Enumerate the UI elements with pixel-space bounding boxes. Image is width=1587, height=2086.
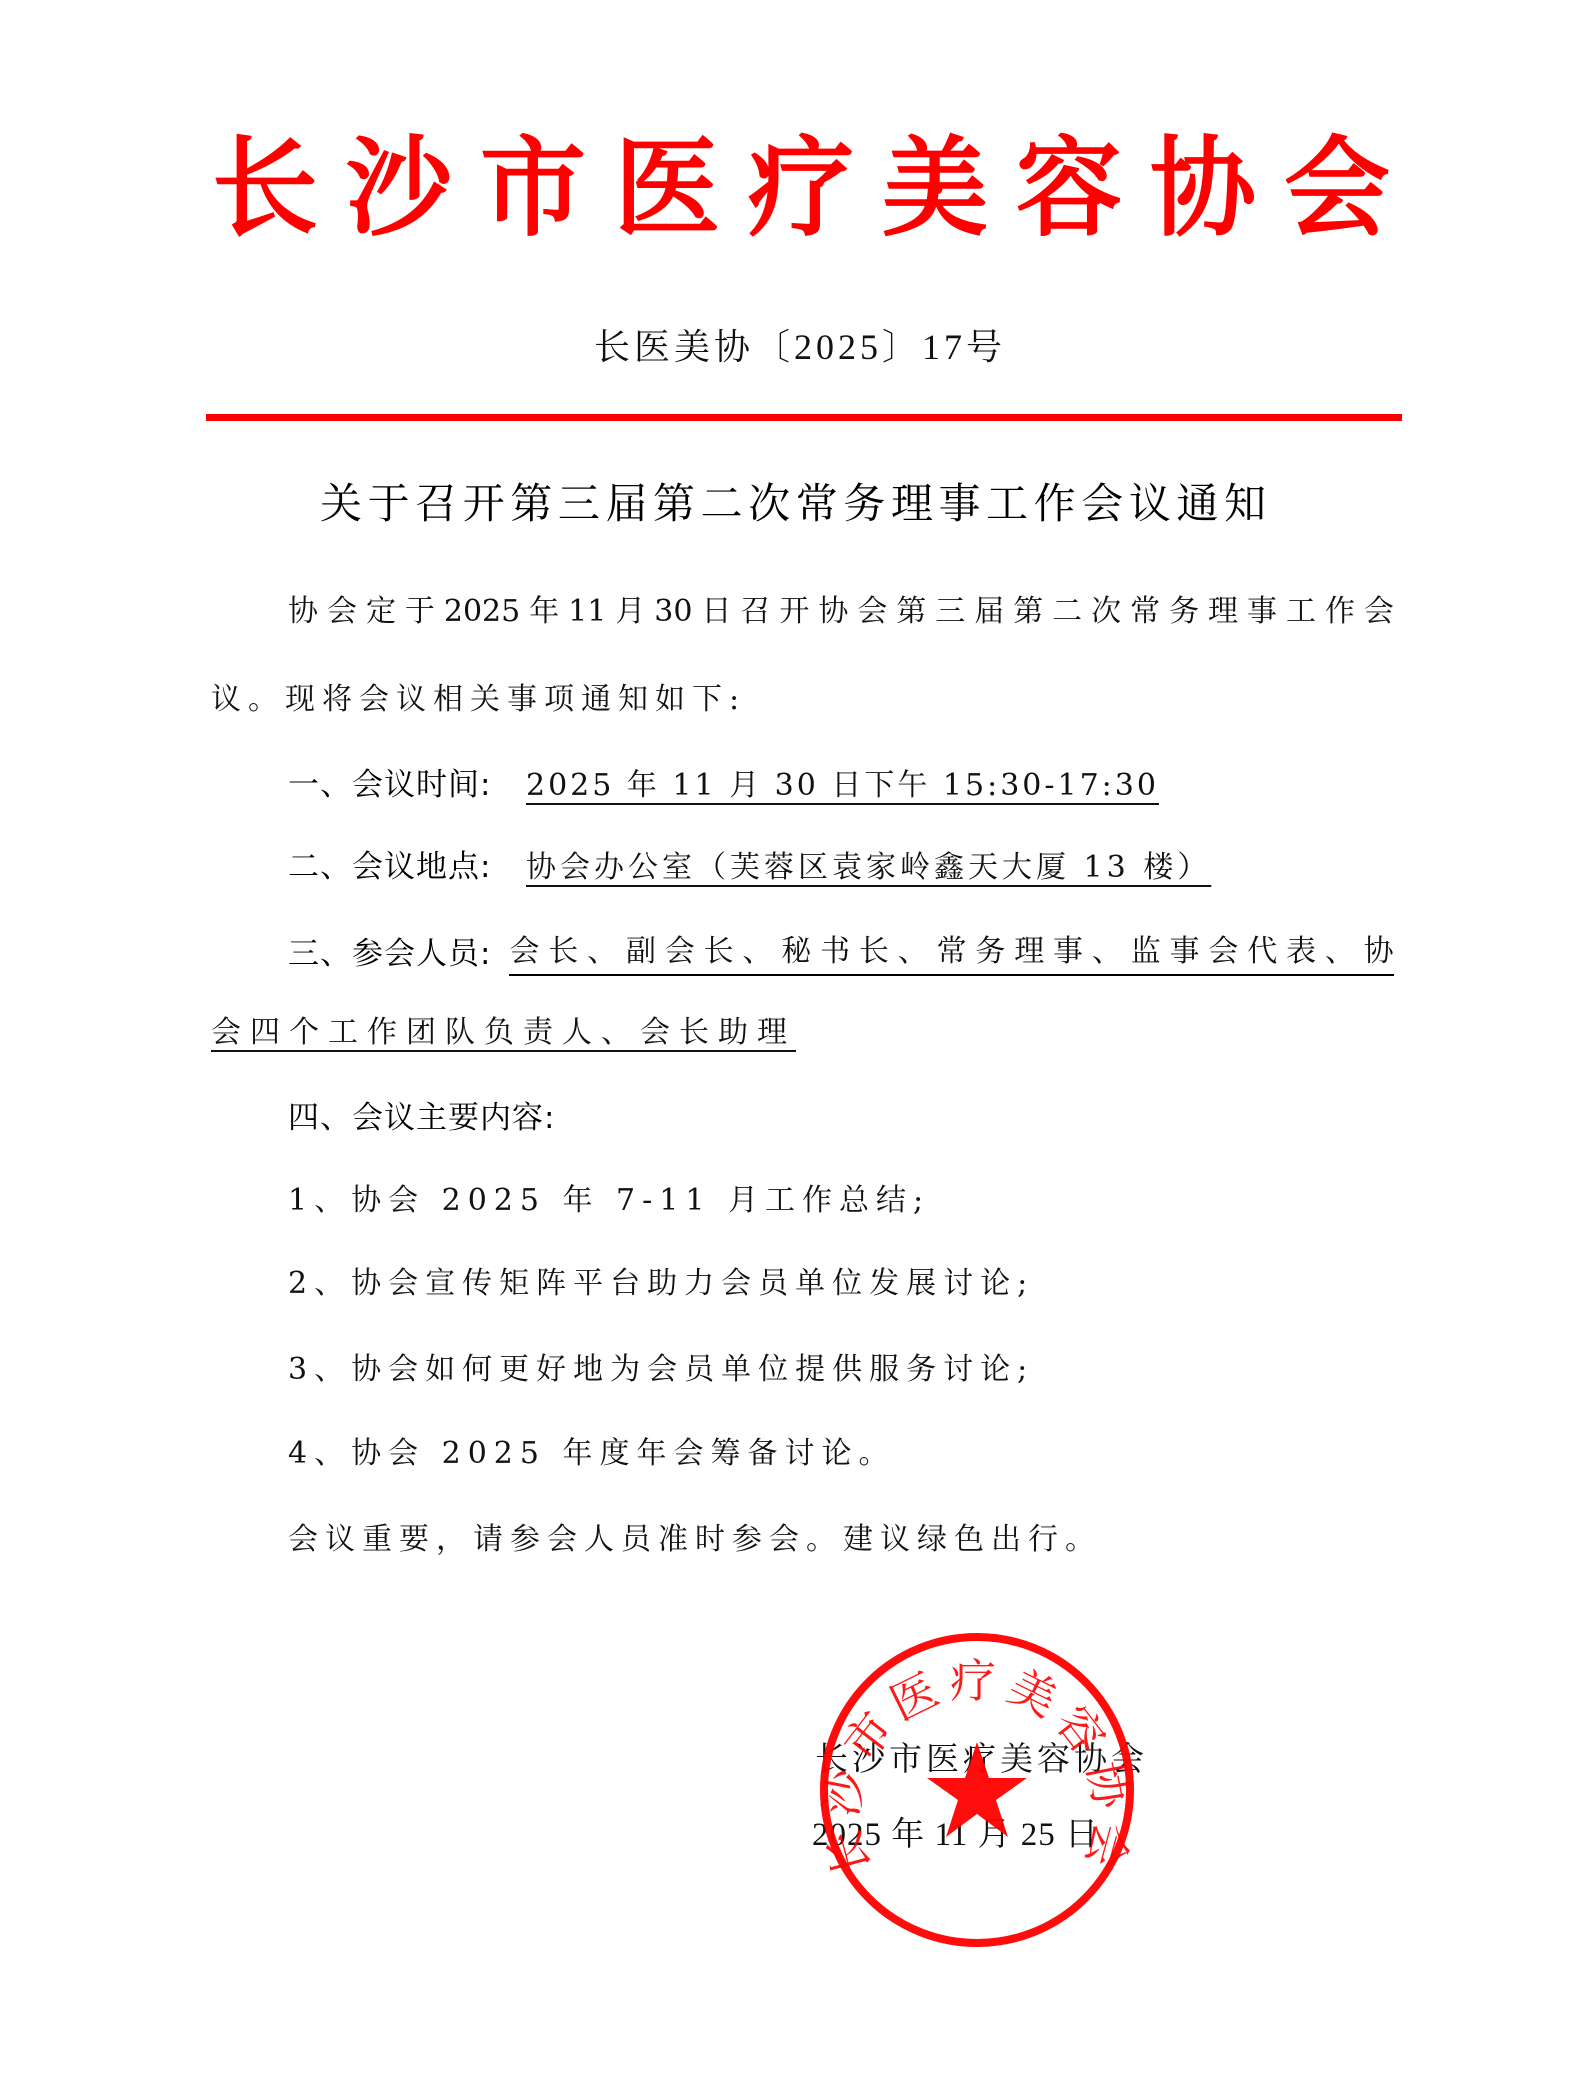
title-char: 议 (1129, 478, 1171, 530)
text-fragment: 副 (626, 932, 656, 972)
title-char: 届 (605, 478, 647, 530)
title-char: 常 (796, 478, 838, 530)
masthead-char: 容 (1016, 127, 1122, 249)
text-fragment: 表 (1286, 932, 1316, 972)
text-fragment: 、 (898, 932, 928, 972)
closing-remark: 会议重要，请参会人员准时参会。建议绿色出行。 (288, 1520, 1102, 1560)
text-fragment: 长 (859, 932, 889, 972)
text-fragment: 定 (366, 592, 396, 632)
attendees-value-line2-row: 会四个工作团队负责人、会长助理 (211, 1013, 796, 1053)
notice-title: 关 于 召 开 第 三 届 第 二 次 常 务 理 事 工 作 会 议 通 知 (320, 478, 1266, 530)
meeting-location-label: 二、会议地点: (288, 849, 491, 885)
masthead-char: 疗 (748, 127, 854, 249)
title-char: 三 (558, 478, 600, 530)
text-fragment: 第 (1013, 592, 1043, 632)
text-fragment: 作 (1325, 592, 1355, 632)
text-fragment: 协 (288, 592, 318, 632)
text-fragment: 第 (896, 592, 926, 632)
text-fragment: 秘 (781, 932, 811, 972)
meeting-location-value: 协会办公室（芙蓉区袁家岭鑫天大厦 13 楼） (526, 850, 1211, 885)
text-fragment: 常 (1130, 592, 1160, 632)
title-char: 关 (320, 478, 362, 530)
agenda-item-3: 3、协会如何更好地为会员单位提供服务讨论; (288, 1350, 1034, 1390)
masthead-char: 医 (614, 127, 720, 249)
title-char: 第 (510, 478, 552, 530)
text-fragment: 长 (548, 932, 578, 972)
attendees-value-line2: 会四个工作团队负责人、会长助理 (211, 1015, 796, 1050)
text-fragment: 常 (937, 932, 967, 972)
attendees-value-line1: 会 长 、 副 会 长 、 秘 书 长 、 常 务 理 事 、 监 事 会 代 … (509, 932, 1394, 976)
agenda-item-2: 2、协会宣传矩阵平台助力会员单位发展讨论; (288, 1264, 1034, 1304)
title-char: 知 (1224, 478, 1266, 530)
red-divider (206, 414, 1402, 421)
document-number: 长医美协〔2025〕17号 (560, 322, 1040, 372)
agenda-label: 四、会议主要内容: (288, 1100, 555, 1136)
text-fragment: 会 (509, 932, 539, 972)
text-fragment: 协 (1364, 932, 1394, 972)
seal-graphic: 长沙市医疗美容协会 (818, 1631, 1136, 1949)
title-char: 理 (891, 478, 933, 530)
attendees-row: 三、参会人员: 会 长 、 副 会 长 、 秘 书 长 、 常 务 理 事 、 … (288, 932, 1394, 976)
text-fragment: 二 (1052, 592, 1082, 632)
text-fragment: 书 (820, 932, 850, 972)
title-char: 二 (701, 478, 743, 530)
star-icon (927, 1742, 1027, 1837)
title-char: 于 (368, 478, 410, 530)
text-fragment: 2025 (444, 592, 520, 632)
attendees-label: 三、参会人员: (288, 934, 491, 974)
agenda-header-row: 四、会议主要内容: (288, 1098, 555, 1139)
text-fragment: 工 (1286, 592, 1316, 632)
text-fragment: 召 (740, 592, 770, 632)
text-fragment: 会 (1208, 932, 1238, 972)
agenda-item-4: 4、协会 2025 年度年会筹备讨论。 (288, 1434, 896, 1474)
text-fragment: 、 (587, 932, 617, 972)
title-char: 会 (1081, 478, 1123, 530)
text-fragment: 长 (704, 932, 734, 972)
masthead-char: 沙 (346, 127, 452, 249)
text-fragment: 会 (327, 592, 357, 632)
masthead-char: 市 (480, 127, 586, 249)
text-fragment: 、 (742, 932, 772, 972)
text-fragment: 协 (818, 592, 848, 632)
text-fragment: 三 (935, 592, 965, 632)
text-fragment: 日 (701, 592, 731, 632)
text-fragment: 届 (974, 592, 1004, 632)
text-fragment: 理 (1014, 932, 1044, 972)
text-fragment: 监 (1131, 932, 1161, 972)
title-char: 召 (415, 478, 457, 530)
text-fragment: 代 (1247, 932, 1277, 972)
masthead-char: 协 (1150, 127, 1256, 249)
text-fragment: 会 (665, 932, 695, 972)
text-fragment: 事 (1170, 932, 1200, 972)
text-fragment: 30 (654, 592, 692, 632)
title-char: 作 (1034, 478, 1076, 530)
meeting-time-value: 2025 年 11 月 30 日下午 15:30-17:30 (526, 768, 1159, 803)
meeting-time-label: 一、会议时间: (288, 767, 491, 803)
title-char: 第 (653, 478, 695, 530)
title-char: 开 (463, 478, 505, 530)
text-fragment: 、 (1325, 932, 1355, 972)
masthead-char: 会 (1284, 127, 1390, 249)
document-page: 长 沙 市 医 疗 美 容 协 会 长医美协〔2025〕17号 关 于 召 开 … (0, 0, 1587, 2086)
text-fragment: 于 (405, 592, 435, 632)
title-char: 务 (843, 478, 885, 530)
text-fragment: 开 (779, 592, 809, 632)
text-fragment: 月 (615, 592, 645, 632)
agenda-item-1: 1、协会 2025 年 7-11 月工作总结; (288, 1181, 930, 1221)
text-fragment: 会 (1364, 592, 1394, 632)
title-char: 次 (748, 478, 790, 530)
text-fragment: 事 (1247, 592, 1277, 632)
masthead-char: 美 (882, 127, 988, 249)
masthead-char: 长 (212, 127, 318, 249)
intro-paragraph-line2: 议。现将会议相关事项通知如下: (211, 680, 746, 720)
title-char: 事 (939, 478, 981, 530)
title-char: 通 (1176, 478, 1218, 530)
text-fragment: 会 (857, 592, 887, 632)
title-char: 工 (986, 478, 1028, 530)
text-fragment: 理 (1208, 592, 1238, 632)
text-fragment: 11 (568, 592, 606, 632)
meeting-time-row: 一、会议时间: 2025 年 11 月 30 日下午 15:30-17:30 (288, 765, 1159, 806)
intro-paragraph-line1: 协 会 定 于 2025 年 11 月 30 日 召 开 协 会 第 三 届 第… (288, 592, 1394, 632)
text-fragment: 务 (1169, 592, 1199, 632)
text-fragment: 务 (975, 932, 1005, 972)
text-fragment: 、 (1092, 932, 1122, 972)
text-fragment: 事 (1053, 932, 1083, 972)
official-seal: 长沙市医疗美容协会 (818, 1631, 1136, 1949)
text-fragment: 年 (529, 592, 559, 632)
meeting-location-row: 二、会议地点: 协会办公室（芙蓉区袁家岭鑫天大厦 13 楼） (288, 847, 1211, 888)
text-fragment: 次 (1091, 592, 1121, 632)
org-masthead: 长 沙 市 医 疗 美 容 协 会 (212, 128, 1390, 248)
